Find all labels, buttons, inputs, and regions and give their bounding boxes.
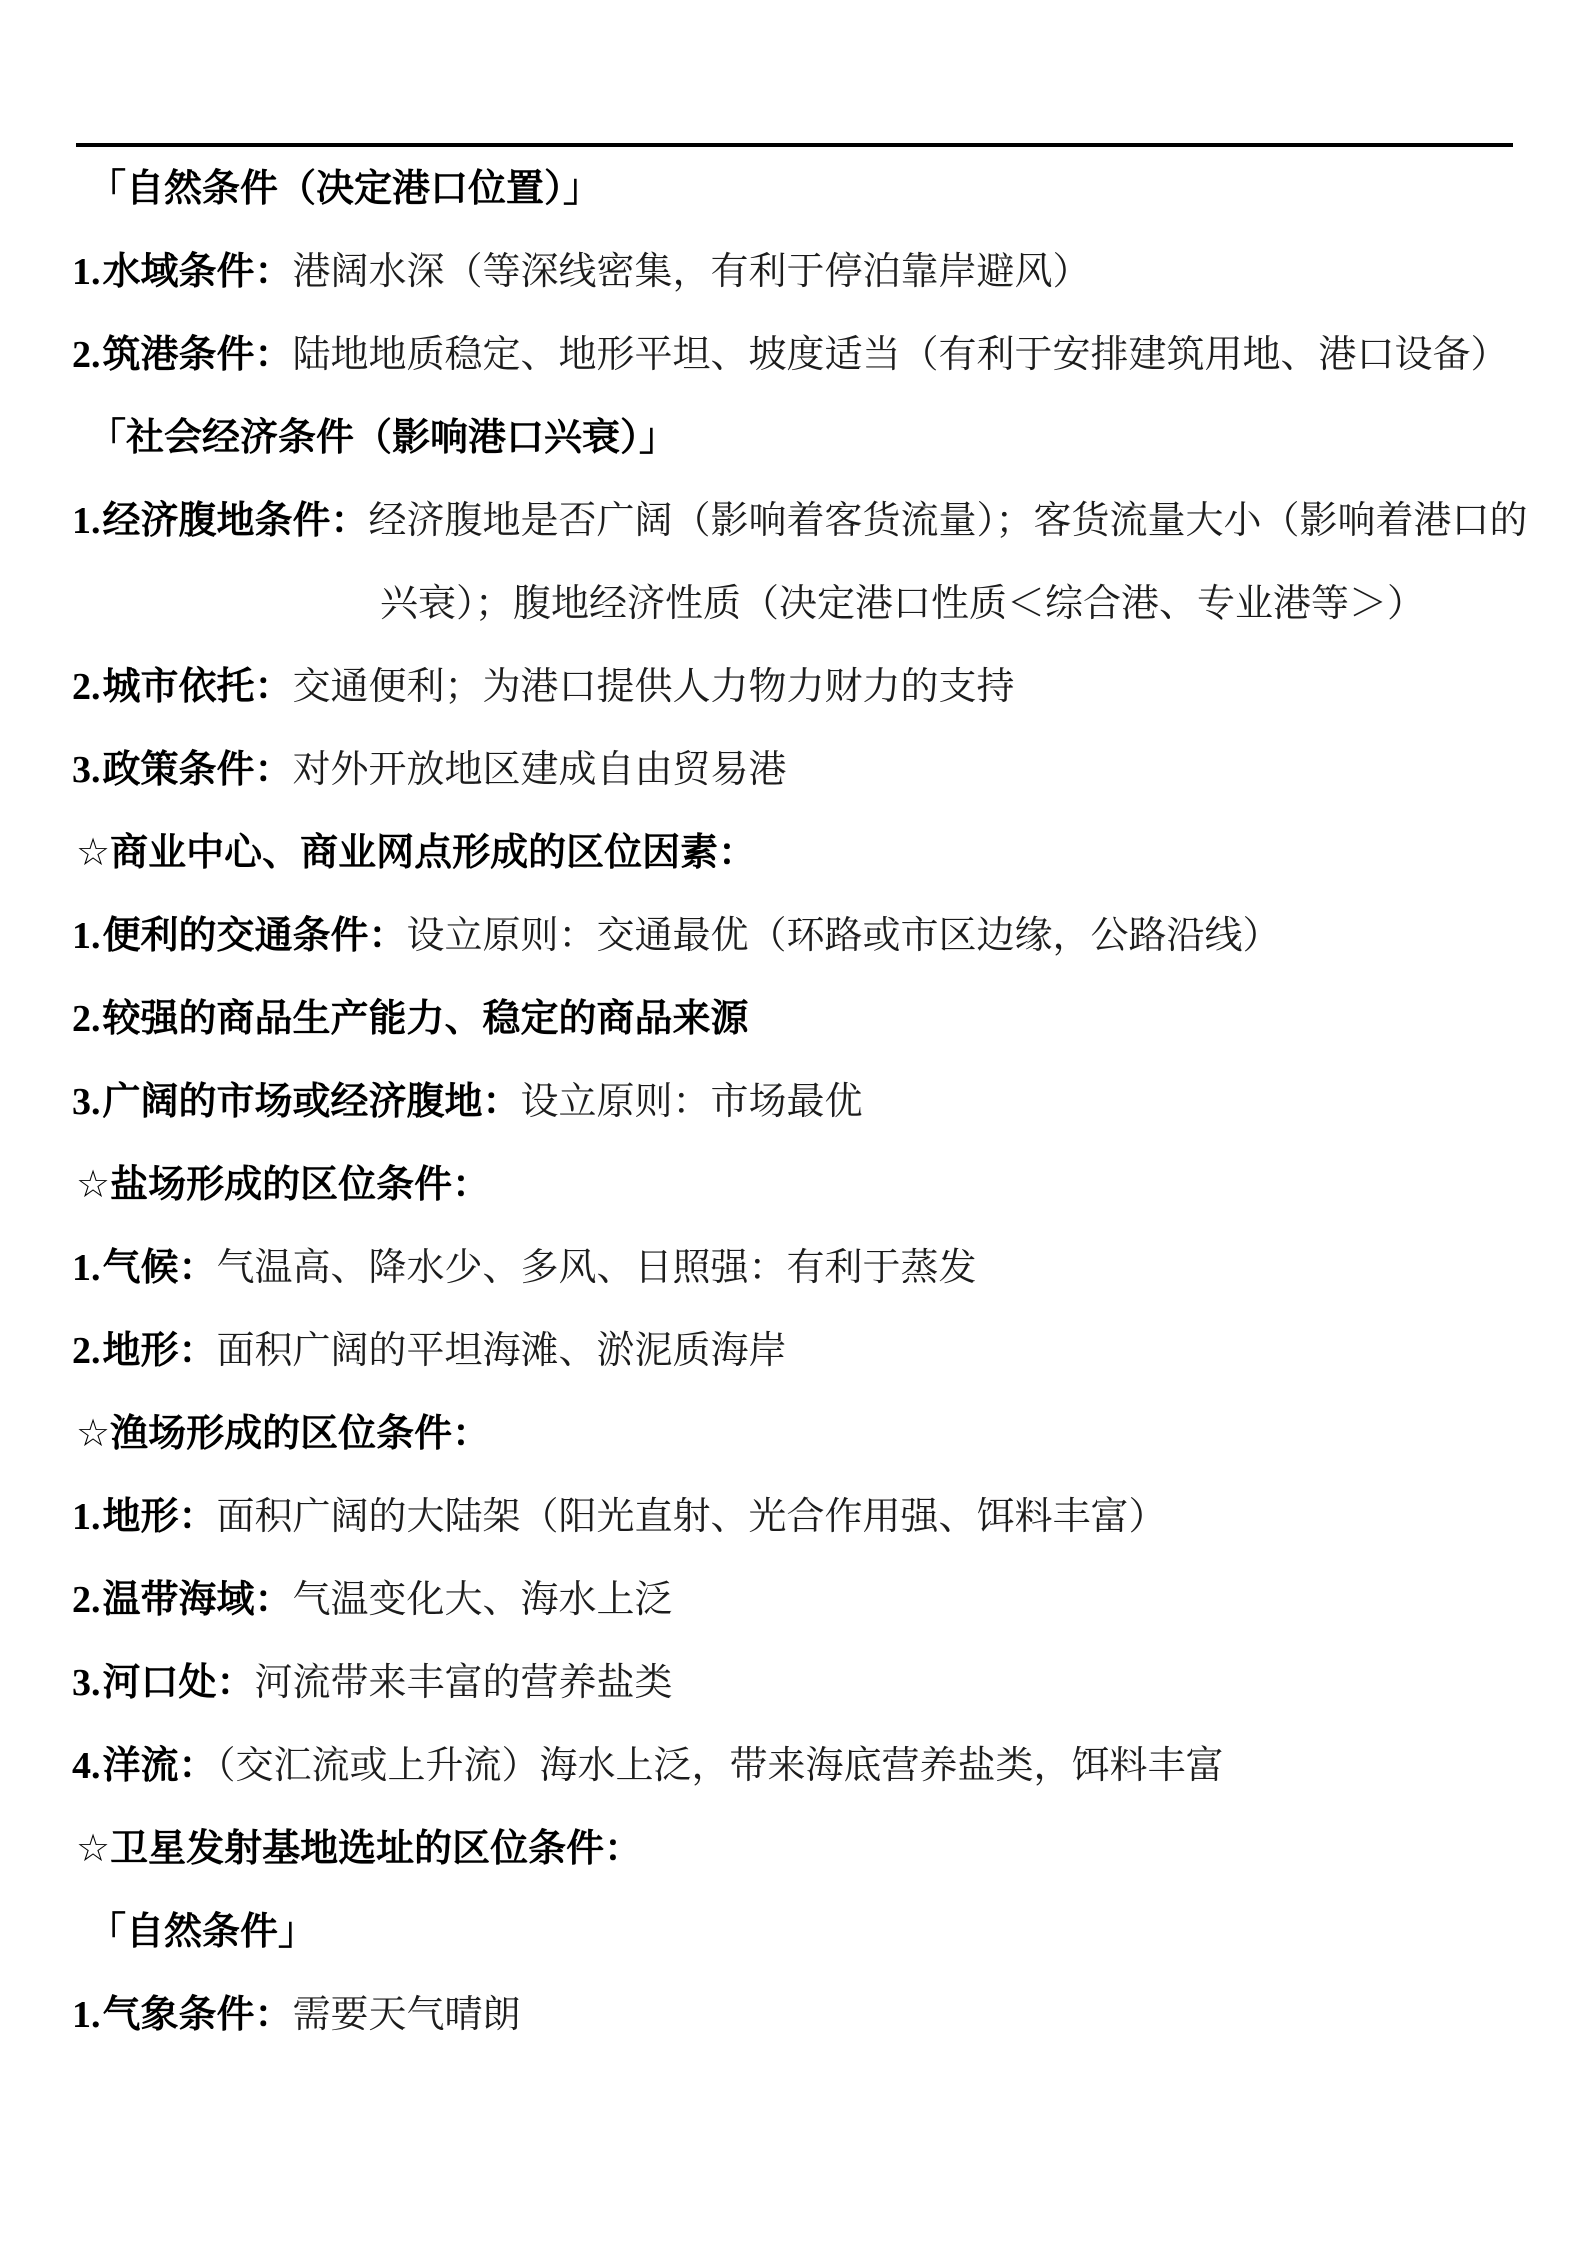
item-content: 对外开放地区建成自由贸易港 xyxy=(293,749,787,791)
note-item-line: 1.气候：气温高、降水少、多风、日照强：有利于蒸发 xyxy=(72,1227,1542,1310)
item-content: 交通便利；为港口提供人力物力财力的支持 xyxy=(293,666,1015,708)
item-number: 3. xyxy=(72,1081,103,1123)
bracket-heading-line: 「自然条件」 xyxy=(72,1891,1542,1974)
item-content: 设立原则：交通最优（环路或市区边缘，公路沿线） xyxy=(407,915,1281,957)
bracket-heading-line: 「自然条件（决定港口位置）」 xyxy=(72,148,1542,231)
item-label: 政策条件： xyxy=(103,749,293,791)
header-rule xyxy=(76,143,1513,147)
item-number: 3. xyxy=(72,749,103,791)
note-item-line: 2.温带海域：气温变化大、海水上泛 xyxy=(72,1559,1542,1642)
item-content: 气温变化大、海水上泛 xyxy=(293,1579,673,1621)
note-item-line: 2.筑港条件：陆地地质稳定、地形平坦、坡度适当（有利于安排建筑用地、港口设备） xyxy=(72,314,1542,397)
item-label: 河口处： xyxy=(103,1662,255,1704)
item-content: 面积广阔的大陆架（阳光直射、光合作用强、饵料丰富） xyxy=(217,1496,1167,1538)
item-number: 2. xyxy=(72,1330,103,1372)
item-label: 地形： xyxy=(103,1496,217,1538)
note-item-line: 4.洋流：（交汇流或上升流）海水上泛，带来海底营养盐类，饵料丰富 xyxy=(72,1725,1542,1808)
item-label: 便利的交通条件： xyxy=(103,915,407,957)
item-content: 兴衰）；腹地经济性质（决定港口性质＜综合港、专业港等＞） xyxy=(380,583,1425,625)
item-label: 温带海域： xyxy=(103,1579,293,1621)
item-number: 2. xyxy=(72,334,103,376)
item-number: 1. xyxy=(72,500,103,542)
item-number: 2. xyxy=(72,666,103,708)
heading-text: 「自然条件」 xyxy=(88,1911,316,1953)
item-content: 港阔水深（等深线密集，有利于停泊靠岸避风） xyxy=(293,251,1091,293)
item-content: 面积广阔的平坦海滩、淤泥质海岸 xyxy=(217,1330,787,1372)
bracket-heading-line: 「社会经济条件（影响港口兴衰）」 xyxy=(72,397,1542,480)
item-label: 气候： xyxy=(103,1247,217,1289)
note-item-line: 2.较强的商品生产能力、稳定的商品来源 xyxy=(72,978,1542,1061)
item-label: 地形： xyxy=(103,1330,217,1372)
item-label: 气象条件： xyxy=(103,1994,293,2036)
note-item-line: 3.河口处：河流带来丰富的营养盐类 xyxy=(72,1642,1542,1725)
item-label: 广阔的市场或经济腹地： xyxy=(103,1081,521,1123)
item-label: 经济腹地条件： xyxy=(103,500,369,542)
heading-text: 「社会经济条件（影响港口兴衰）」 xyxy=(88,417,677,459)
note-item-line: 3.广阔的市场或经济腹地：设立原则：市场最优 xyxy=(72,1061,1542,1144)
note-item-line: 1.水域条件：港阔水深（等深线密集，有利于停泊靠岸避风） xyxy=(72,231,1542,314)
item-label: 城市依托： xyxy=(103,666,293,708)
item-label: 筑港条件： xyxy=(103,334,293,376)
item-number: 1. xyxy=(72,251,103,293)
item-label: 水域条件： xyxy=(103,251,293,293)
item-content: 河流带来丰富的营养盐类 xyxy=(255,1662,673,1704)
star-heading-line: ☆盐场形成的区位条件： xyxy=(72,1144,1542,1227)
star-heading-line: ☆渔场形成的区位条件： xyxy=(72,1393,1542,1476)
document-page: 「自然条件（决定港口位置）」 1.水域条件：港阔水深（等深线密集，有利于停泊靠岸… xyxy=(0,0,1587,2245)
note-item-line: 1.气象条件：需要天气晴朗 xyxy=(72,1974,1542,2057)
item-content: 陆地地质稳定、地形平坦、坡度适当（有利于安排建筑用地、港口设备） xyxy=(293,334,1509,376)
item-number: 1. xyxy=(72,915,103,957)
note-item-line: 2.城市依托：交通便利；为港口提供人力物力财力的支持 xyxy=(72,646,1542,729)
item-number: 2. xyxy=(72,1579,103,1621)
item-content: 气温高、降水少、多风、日照强：有利于蒸发 xyxy=(217,1247,977,1289)
star-bullet-icon: ☆ xyxy=(76,1164,110,1206)
item-number: 3. xyxy=(72,1662,103,1704)
item-label: 较强的商品生产能力、稳定的商品来源 xyxy=(103,998,749,1040)
star-bullet-icon: ☆ xyxy=(76,832,110,874)
item-number: 1. xyxy=(72,1247,103,1289)
note-item-line: 1.地形：面积广阔的大陆架（阳光直射、光合作用强、饵料丰富） xyxy=(72,1476,1542,1559)
note-item-line: 1.经济腹地条件：经济腹地是否广阔（影响着客货流量）；客货流量大小（影响着港口的 xyxy=(72,480,1542,563)
note-item-line: 3.政策条件：对外开放地区建成自由贸易港 xyxy=(72,729,1542,812)
item-number: 1. xyxy=(72,1994,103,2036)
item-content: 设立原则：市场最优 xyxy=(521,1081,863,1123)
note-item-line: 1.便利的交通条件：设立原则：交通最优（环路或市区边缘，公路沿线） xyxy=(72,895,1542,978)
star-heading-line: ☆商业中心、商业网点形成的区位因素： xyxy=(72,812,1542,895)
heading-text: 商业中心、商业网点形成的区位因素： xyxy=(110,832,756,874)
star-heading-line: ☆卫星发射基地选址的区位条件： xyxy=(72,1808,1542,1891)
item-content: 需要天气晴朗 xyxy=(293,1994,521,2036)
heading-text: 「自然条件（决定港口位置）」 xyxy=(88,168,601,210)
continuation-line: 兴衰）；腹地经济性质（决定港口性质＜综合港、专业港等＞） xyxy=(72,563,1542,646)
note-item-line: 2.地形：面积广阔的平坦海滩、淤泥质海岸 xyxy=(72,1310,1542,1393)
item-content: 经济腹地是否广阔（影响着客货流量）；客货流量大小（影响着港口的 xyxy=(369,500,1528,542)
heading-text: 渔场形成的区位条件： xyxy=(110,1413,490,1455)
item-number: 2. xyxy=(72,998,103,1040)
item-label: 洋流： xyxy=(103,1745,217,1787)
item-number: 1. xyxy=(72,1496,103,1538)
item-content: （交汇流或上升流）海水上泛，带来海底营养盐类，饵料丰富 xyxy=(217,1745,1224,1787)
item-number: 4. xyxy=(72,1745,103,1787)
star-bullet-icon: ☆ xyxy=(76,1828,110,1870)
star-bullet-icon: ☆ xyxy=(76,1413,110,1455)
heading-text: 卫星发射基地选址的区位条件： xyxy=(110,1828,642,1870)
heading-text: 盐场形成的区位条件： xyxy=(110,1164,490,1206)
notes-body: 「自然条件（决定港口位置）」 1.水域条件：港阔水深（等深线密集，有利于停泊靠岸… xyxy=(72,148,1542,2057)
